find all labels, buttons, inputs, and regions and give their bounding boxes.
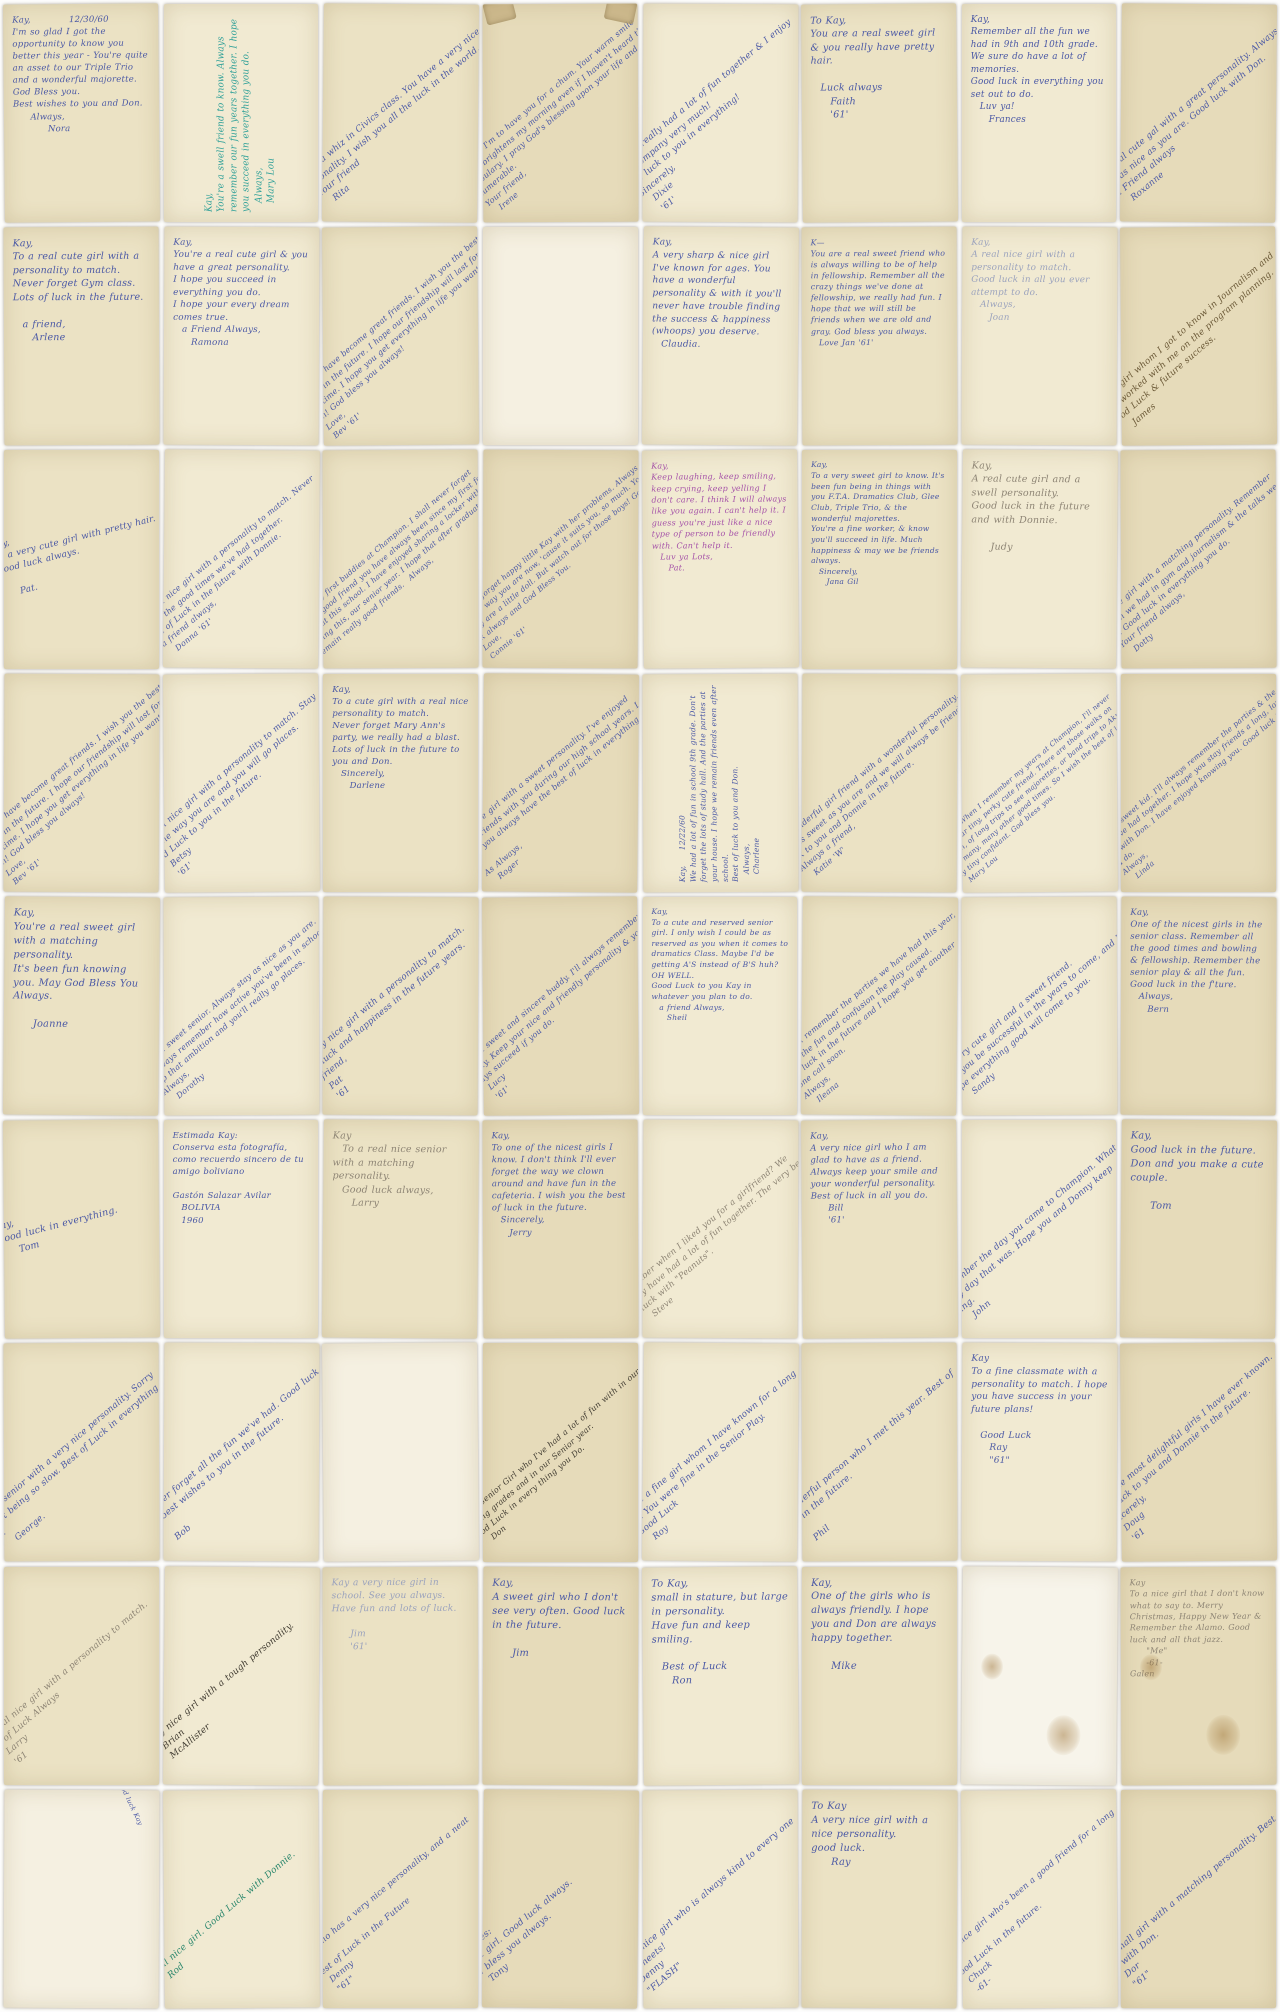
note-card: Good luck Kay — [4, 1789, 160, 2008]
note-card: Kay, A real nice girl with a personality… — [961, 227, 1117, 446]
handwritten-note-text: Kay, To a pery cute girl and a sweet fri… — [961, 897, 1117, 1116]
handwritten-note-text: Kay, To a very nice girl with a personal… — [323, 897, 479, 1116]
handwritten-note-text: To Kay a nice Senior Girl who I've had a… — [483, 1343, 638, 1561]
handwritten-note-text: Kay, How glad I'm to have you for a chum… — [482, 4, 638, 223]
handwritten-note-text: Kay, A cute senior with a very nice pers… — [4, 1343, 160, 1562]
handwritten-note-text: To Kay, You are a real sweet girl & you … — [801, 3, 957, 132]
note-card: To Kay A very nice girl with a nice pers… — [802, 1789, 958, 2008]
note-card: To Kay, a girl who has a very nice perso… — [323, 1790, 478, 2008]
handwritten-note-text: Kay, To a cute and reserved senior girl.… — [643, 897, 798, 1034]
note-card: Kay, 12/30/60 I'm so glad I got the oppo… — [3, 3, 160, 223]
handwritten-note-text: Kay, A nice girl whom I got to know in J… — [1120, 227, 1277, 447]
note-card: One of the most delightful girls I have … — [1120, 1343, 1277, 1563]
handwritten-note-text: Kay, One of the girls who is always frie… — [802, 1567, 957, 1684]
note-card: Kay To a real nice senior with a matchin… — [322, 1119, 479, 1339]
handwritten-note-text: Kay, Surprise! When I remember my years … — [961, 673, 1118, 893]
note-card: Kay, To a real sweet and sincere buddy. … — [482, 896, 639, 1116]
handwritten-note-text: Kay, To a real sweet senior. Always stay… — [163, 897, 319, 1116]
note-card: Kay A wonderful person who I met this ye… — [802, 1343, 958, 1562]
handwritten-note-text: To Kay, a real cute girl with a sweet pe… — [482, 673, 639, 893]
note-card: To Kay, You are a real sweet girl & you … — [801, 3, 958, 223]
note-card: Kay, A sweet girl who I don't see very o… — [482, 1566, 638, 1785]
paper-stain — [980, 1653, 1002, 1679]
note-card: Kay, One of the nicest girls in the seni… — [1121, 897, 1277, 1116]
note-card: Kay, Remember all the fun we had in 9th … — [962, 4, 1117, 222]
handwritten-note-text: One of my first buddies at Champion. I s… — [323, 452, 479, 668]
note-card: Kay, To a pery cute girl and a sweet fri… — [961, 897, 1117, 1116]
note-card: Kay, A nice girl whom I got to know in J… — [1120, 227, 1277, 447]
photo-collage-grid: Kay, 12/30/60 I'm so glad I got the oppo… — [0, 0, 1280, 2012]
handwritten-note-text: One of the most delightful girls I have … — [1120, 1343, 1277, 1563]
paper-stain — [1046, 1715, 1080, 1755]
handwritten-note-text: K— You and I have become great friends. … — [322, 227, 479, 447]
handwritten-note-text: K— You and I have become great friends. … — [4, 673, 160, 892]
note-card: Kay, To one of the nicest girls I know. … — [482, 1120, 638, 1339]
handwritten-note-text: Kay, To a real cute girl with a personal… — [4, 227, 159, 356]
handwritten-note-text: Kay, Remember all the fun we had in 9th … — [962, 4, 1117, 136]
handwritten-note-text: Kay, To a real sweet and sincere buddy. … — [482, 896, 639, 1116]
handwritten-note-text: Kay To a real nice senior with a matchin… — [323, 1119, 478, 1221]
note-card: One of my first buddies at Champion. I s… — [323, 450, 479, 669]
note-card: Kay, A very nice girl who I am glad to h… — [801, 1119, 958, 1339]
note-card: K— You and I have become great friends. … — [4, 673, 160, 892]
note-card: Kay, To a very sweet girl to know. It's … — [802, 450, 957, 668]
handwritten-note-text: Kay, To a real cute gal with a great per… — [1120, 3, 1277, 223]
note-card: Kay, One of the girls who is always frie… — [802, 1567, 957, 1785]
note-card: Kay, Keep laughing, keep smiling, keep c… — [642, 450, 799, 670]
note-card: Estimada Kay: Conserva esta fotografía, … — [164, 1120, 319, 1338]
note-card — [483, 227, 638, 445]
handwritten-note-text: To Kay, I'll never forget all the fun we… — [163, 1343, 319, 1562]
note-card: To Kay, a real cute girl with a sweet pe… — [482, 673, 639, 893]
note-card: Kay, You are a fine girl whom I have kno… — [642, 1343, 799, 1563]
note-card: Kay, A cute senior with a very nice pers… — [4, 1343, 160, 1562]
handwritten-note-text: To Kay, I'll never forget happy little K… — [482, 450, 638, 669]
handwritten-note-text: Kay, To a wonderful girl friend with a w… — [802, 673, 958, 892]
note-card: K— You and I have become great friends. … — [322, 227, 479, 447]
note-card: Kay, I remember the day you came to Cham… — [962, 1120, 1117, 1338]
handwritten-note-text: Kay, To a very sweet girl to know. It's … — [802, 450, 957, 598]
note-card: Kay To a small girl with a matching pers… — [1121, 1790, 1276, 2008]
note-card: Kay, You're a swell friend to know. Alwa… — [164, 4, 319, 222]
handwritten-note-text: Kay, You're a whiz in Civics class. You … — [322, 3, 479, 223]
note-card: Kay, To a real nice girl with a personal… — [163, 673, 320, 893]
handwritten-note-text: Kay, To a cute girl with a matching pers… — [1121, 450, 1277, 669]
handwritten-note-text: Kay, A very nice girl who I am glad to h… — [801, 1119, 957, 1237]
note-card: Kay, To a cute girl with a real nice per… — [323, 674, 478, 892]
handwritten-note-text: Kay, To a real nice girl with a personal… — [4, 1567, 159, 1785]
note-card: Kay, We have really had a lot of fun tog… — [642, 4, 798, 223]
note-card: K— You are a real sweet friend who is al… — [802, 227, 958, 446]
handwritten-note-text: To Kay A very nice girl with a nice pers… — [802, 1789, 957, 1879]
handwritten-note-text: Kay, You're a real sweet girl with a mat… — [4, 896, 160, 1043]
handwritten-note-text: Kay, To a real nice girl with a personal… — [163, 673, 320, 893]
handwritten-note-text: Kay, A very sharp & nice girl I've known… — [642, 227, 798, 363]
note-card: Kay, You're a real sweet girl with a mat… — [3, 896, 160, 1116]
handwritten-note-text: K— You are a real sweet friend who is al… — [802, 227, 957, 358]
handwritten-note-text: Kay, a real nice girl. Good Luck with Do… — [163, 1796, 320, 2001]
note-card: Kay To a nice girl that I don't know wha… — [1121, 1566, 1277, 1785]
handwritten-note-text: Kay, You're a swell friend to know. Alwa… — [203, 8, 278, 218]
note-card: Kay, A very sharp & nice girl I've known… — [642, 227, 799, 447]
note-card: Kay, a real nice girl. Good Luck with Do… — [163, 1789, 320, 2009]
note-card: To Kay a nice Senior Girl who I've had a… — [483, 1343, 638, 1561]
handwritten-note-text: Kay, To a real sweet kid. I'll always re… — [1121, 674, 1276, 892]
note-card: Kay, To a real sweet senior. Always stay… — [163, 897, 319, 1116]
handwritten-note-text: Kay a very nice girl in school. See you … — [323, 1566, 478, 1663]
note-card: Kay, You're a real cute girl & you have … — [163, 227, 319, 446]
note-card: Kay, To a very cute girl with pretty hai… — [4, 450, 159, 668]
handwritten-note-text: Kay To a small girl with a matching pers… — [1121, 1790, 1276, 2008]
handwritten-note-text: Kay, To a cute girl with a real nice per… — [323, 674, 478, 803]
handwritten-note-text: Kay, One of the nicest girls in the seni… — [1121, 897, 1276, 1026]
handwritten-note-text: Kay, A real nice girl with a personality… — [962, 227, 1117, 335]
note-card — [322, 1343, 479, 1563]
note-card: Kay, A very nice girl who's been a good … — [961, 1789, 1118, 2009]
handwritten-note-text: Kay, 12/22/60 We had a lot of fun in sch… — [677, 678, 763, 888]
note-card: Kay, To a real sweet kid. I'll always re… — [1121, 674, 1276, 892]
note-card: Kay, To a real nice girl with a personal… — [4, 1567, 159, 1785]
handwritten-note-text: Kay, To a real nice girl with a personal… — [163, 450, 320, 670]
handwritten-note-text: Kay, To a very cute girl with pretty hai… — [4, 497, 159, 605]
handwritten-note-text: Kay A wonderful person who I met this ye… — [802, 1343, 958, 1562]
paper-stain — [1207, 1715, 1241, 1755]
note-card: Kay, To a cute girl with a matching pers… — [1121, 450, 1277, 669]
note-card: To Kay, I'll never forget all the fun we… — [163, 1343, 319, 1562]
handwritten-note-text: Kay, A real cute girl and a swell person… — [962, 450, 1118, 566]
handwritten-note-text: Kay, Good luck in everything. Tom — [3, 1176, 160, 1265]
handwritten-note-text: Good luck Kay — [114, 1789, 151, 1840]
handwritten-note-text: Kay, Always all remember the parties we … — [801, 896, 958, 1116]
handwritten-note-text: K— Remember when I liked you for a girlf… — [642, 1120, 798, 1339]
note-card: To Kay, small in stature, but large in p… — [642, 1566, 799, 1786]
handwritten-note-text: Kay, You're a real cute girl & you have … — [164, 227, 319, 360]
note-card: Kay, Surprise! When I remember my years … — [961, 673, 1118, 893]
note-card: Kay, To a cute and reserved senior girl.… — [643, 897, 798, 1115]
handwritten-note-text: To Kay a very nice girl with a tough per… — [163, 1570, 320, 1782]
handwritten-note-text — [963, 1566, 1118, 1587]
note-card: Kay, To a real cute gal with a great per… — [1120, 3, 1277, 223]
note-card: Kay, You're a whiz in Civics class. You … — [322, 3, 479, 223]
handwritten-note-text: Kay, To one of the nicest girls I know. … — [482, 1120, 637, 1249]
note-card: Kay, 12/22/60 We had a lot of fun in sch… — [642, 673, 798, 892]
note-card: Kay, Good luck in everything. Tom — [3, 1119, 160, 1339]
handwritten-note-text: Estimada Kay: Conserva esta fotografía, … — [164, 1120, 319, 1237]
note-card: Kay, To a real nice girl with a personal… — [163, 450, 320, 670]
handwritten-note-text: Kay Jones: A nice girl. Good luck always… — [482, 1793, 639, 2005]
handwritten-note-text: Kay, You are a fine girl whom I have kno… — [642, 1343, 799, 1563]
note-card: Kay Jones: A nice girl. Good luck always… — [482, 1789, 639, 2009]
note-card: Kay, How glad I'm to have you for a chum… — [482, 4, 638, 223]
handwritten-note-text — [322, 1343, 477, 1364]
note-card — [961, 1566, 1118, 1786]
handwritten-note-text: To Kay, a girl who has a very nice perso… — [323, 1790, 478, 2008]
note-card: To Kay, A real nice girl who is always k… — [642, 1789, 798, 2008]
note-card: Kay, To a real cute girl with a personal… — [4, 227, 160, 446]
handwritten-note-text: To Kay, A real nice girl who is always k… — [642, 1789, 798, 2008]
note-card: To Kay, I'll never forget happy little K… — [482, 450, 638, 669]
handwritten-note-text: Kay, Keep laughing, keep smiling, keep c… — [642, 450, 798, 585]
handwritten-note-text: To Kay, small in stature, but large in p… — [642, 1566, 798, 1699]
handwritten-note-text: Kay To a fine classmate with a personali… — [962, 1343, 1117, 1479]
handwritten-note-text: Kay, 12/30/60 I'm so glad I got the oppo… — [3, 3, 159, 145]
note-card: Kay, To a wonderful girl friend with a w… — [802, 673, 958, 892]
paper-stain — [1140, 1654, 1162, 1680]
note-card: Kay, A real cute girl and a swell person… — [961, 450, 1118, 670]
note-card: Kay, To a very nice girl with a personal… — [323, 897, 479, 1116]
handwritten-note-text: Kay, A sweet girl who I don't see very o… — [483, 1566, 638, 1670]
note-card: Kay To a fine classmate with a personali… — [961, 1343, 1117, 1562]
handwritten-note-text: Kay, Good luck in the future. Don and yo… — [1121, 1119, 1277, 1224]
note-card: Kay, Always all remember the parties we … — [801, 896, 958, 1116]
note-card: Kay a very nice girl in school. See you … — [323, 1566, 479, 1785]
handwritten-note-text: Kay, I remember the day you came to Cham… — [962, 1120, 1117, 1338]
handwritten-note-text — [483, 227, 638, 247]
handwritten-note-text: Kay, We have really had a lot of fun tog… — [642, 4, 798, 223]
handwritten-note-text: Kay, A very nice girl who's been a good … — [961, 1789, 1118, 2009]
note-card: K— Remember when I liked you for a girlf… — [642, 1120, 798, 1339]
note-card: Kay, Good luck in the future. Don and yo… — [1120, 1119, 1277, 1339]
note-card: To Kay a very nice girl with a tough per… — [163, 1566, 320, 1786]
